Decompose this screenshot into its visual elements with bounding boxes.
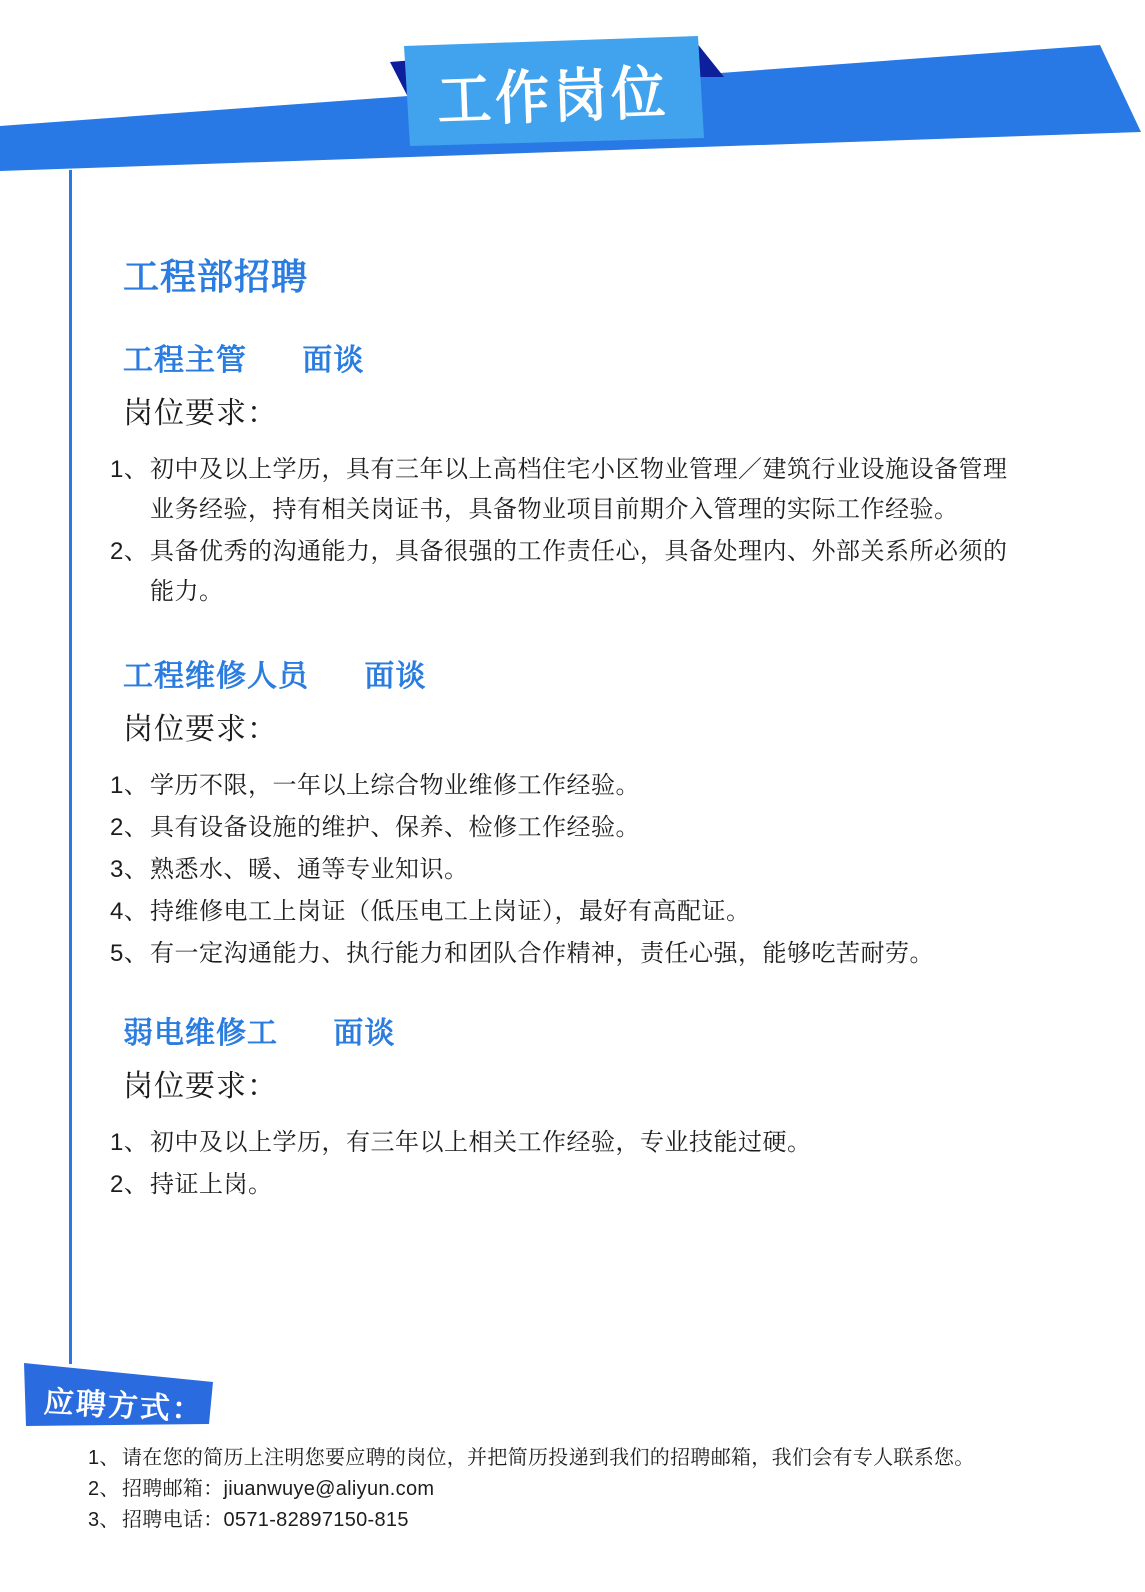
item-number: 1、 xyxy=(110,450,150,530)
requirements-label: 岗位要求： xyxy=(123,710,1145,750)
recruitment-email: 招聘邮箱：jiuanwuye@aliyun.com xyxy=(122,1474,1098,1504)
requirements-label: 岗位要求： xyxy=(123,1067,1145,1107)
item-text: 请在您的简历上注明您要应聘的岗位，并把简历投递到我们的招聘邮箱，我们会有专人联系… xyxy=(122,1443,1098,1473)
item-number: 2、 xyxy=(110,532,150,612)
item-text: 具有设备设施的维护、保养、检修工作经验。 xyxy=(150,808,1015,848)
apply-method-label: 应聘方式： xyxy=(43,1377,205,1429)
job-section-maintenance-staff: 工程维修人员 面谈 岗位要求： 1、 学历不限，一年以上综合物业维修工作经验。 … xyxy=(0,657,1145,976)
job-title: 弱电维修工 xyxy=(123,1017,278,1050)
job-salary: 面谈 xyxy=(333,1017,395,1050)
job-heading: 工程主管 面谈 xyxy=(123,341,1145,381)
item-number: 5、 xyxy=(110,934,150,974)
item-number: 1、 xyxy=(88,1443,122,1473)
job-salary: 面谈 xyxy=(364,660,426,693)
item-number: 1、 xyxy=(110,1123,150,1163)
requirement-item: 2、 具备优秀的沟通能力，具备很强的工作责任心，具备处理内、外部关系所必须的能力… xyxy=(110,532,1015,612)
recruitment-phone: 招聘电话：0571-82897150-815 xyxy=(122,1505,1098,1535)
item-number: 2、 xyxy=(110,808,150,848)
item-number: 4、 xyxy=(110,892,150,932)
department-title: 工程部招聘 xyxy=(123,249,308,300)
item-text: 学历不限，一年以上综合物业维修工作经验。 xyxy=(150,766,1015,806)
item-text: 有一定沟通能力、执行能力和团队合作精神，责任心强，能够吃苦耐劳。 xyxy=(150,934,1015,974)
item-text: 初中及以上学历，具有三年以上高档住宅小区物业管理／建筑行业设施设备管理业务经验，… xyxy=(150,450,1015,530)
job-heading: 弱电维修工 面谈 xyxy=(123,1014,1145,1054)
job-section-low-voltage-electrician: 弱电维修工 面谈 岗位要求： 1、 初中及以上学历，有三年以上相关工作经验，专业… xyxy=(0,1014,1145,1207)
item-text: 持维修电工上岗证（低压电工上岗证），最好有高配证。 xyxy=(150,892,1015,932)
requirement-item: 4、 持维修电工上岗证（低压电工上岗证），最好有高配证。 xyxy=(110,892,1015,932)
job-salary: 面谈 xyxy=(302,344,364,377)
requirement-item: 1、 初中及以上学历，有三年以上相关工作经验，专业技能过硬。 xyxy=(110,1123,1015,1163)
item-text: 熟悉水、暖、通等专业知识。 xyxy=(150,850,1015,890)
requirement-item: 1、 学历不限，一年以上综合物业维修工作经验。 xyxy=(110,766,1015,806)
apply-item-email: 2、 招聘邮箱：jiuanwuye@aliyun.com xyxy=(88,1474,1098,1504)
job-section-engineering-supervisor: 工程主管 面谈 岗位要求： 1、 初中及以上学历，具有三年以上高档住宅小区物业管… xyxy=(0,341,1145,614)
requirement-item: 5、 有一定沟通能力、执行能力和团队合作精神，责任心强，能够吃苦耐劳。 xyxy=(110,934,1015,974)
requirements-list: 1、 初中及以上学历，有三年以上相关工作经验，专业技能过硬。 2、 持证上岗。 xyxy=(110,1123,1015,1205)
requirements-list: 1、 学历不限，一年以上综合物业维修工作经验。 2、 具有设备设施的维护、保养、… xyxy=(110,766,1015,974)
requirement-item: 1、 初中及以上学历，具有三年以上高档住宅小区物业管理／建筑行业设施设备管理业务… xyxy=(110,450,1015,530)
requirement-item: 3、 熟悉水、暖、通等专业知识。 xyxy=(110,850,1015,890)
item-number: 2、 xyxy=(88,1474,122,1504)
item-text: 初中及以上学历，有三年以上相关工作经验，专业技能过硬。 xyxy=(150,1123,1015,1163)
item-number: 3、 xyxy=(110,850,150,890)
item-text: 具备优秀的沟通能力，具备很强的工作责任心，具备处理内、外部关系所必须的能力。 xyxy=(150,532,1015,612)
apply-item-phone: 3、 招聘电话：0571-82897150-815 xyxy=(88,1505,1098,1535)
item-text: 持证上岗。 xyxy=(150,1165,1015,1205)
requirements-label: 岗位要求： xyxy=(123,394,1145,434)
item-number: 1、 xyxy=(110,766,150,806)
item-number: 2、 xyxy=(110,1165,150,1205)
job-title: 工程主管 xyxy=(123,344,247,377)
requirement-item: 2、 持证上岗。 xyxy=(110,1165,1015,1205)
requirements-list: 1、 初中及以上学历，具有三年以上高档住宅小区物业管理／建筑行业设施设备管理业务… xyxy=(110,450,1015,612)
job-heading: 工程维修人员 面谈 xyxy=(123,657,1145,697)
item-number: 3、 xyxy=(88,1505,122,1535)
apply-instructions-list: 1、 请在您的简历上注明您要应聘的岗位，并把简历投递到我们的招聘邮箱，我们会有专… xyxy=(88,1443,1098,1536)
apply-item: 1、 请在您的简历上注明您要应聘的岗位，并把简历投递到我们的招聘邮箱，我们会有专… xyxy=(88,1443,1098,1473)
job-title: 工程维修人员 xyxy=(123,660,309,693)
page-title: 工作岗位 xyxy=(402,33,704,151)
requirement-item: 2、 具有设备设施的维护、保养、检修工作经验。 xyxy=(110,808,1015,848)
